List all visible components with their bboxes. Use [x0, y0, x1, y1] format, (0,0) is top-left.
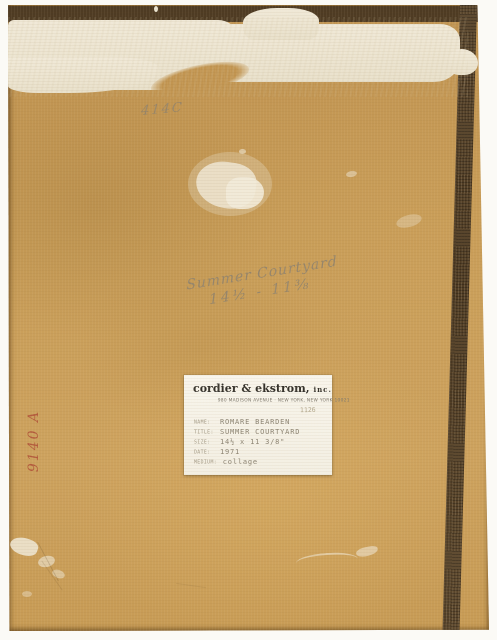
handwritten-code: 414C: [141, 100, 184, 119]
field-value: 1971: [220, 448, 240, 456]
frame-edge-right: [442, 5, 477, 640]
handwritten-title-note: Summer Courtyard 14½ - 11⅜: [186, 252, 346, 311]
photo-of-artwork-verso: 414C Summer Courtyard 14½ - 11⅜ 9140 A c…: [0, 0, 497, 640]
paint-right-tuft: [448, 49, 478, 75]
label-row-medium: MEDIUM: collage: [194, 458, 324, 468]
small-speck: [239, 149, 246, 154]
bottom-left-speck: [22, 591, 32, 597]
inventory-number-vertical: 9140 A: [26, 402, 42, 480]
gallery-name-main: cordier & ekstrom,: [193, 382, 310, 395]
white-speck: [154, 6, 158, 12]
faint-stain: [395, 212, 423, 230]
gallery-name-suffix: inc.: [313, 385, 331, 394]
paint-blob-over-edge: [243, 8, 319, 40]
field-key: MEDIUM:: [194, 460, 217, 466]
label-row-name: NAME: ROMARE BEARDEN: [194, 418, 324, 428]
small-speck: [346, 170, 358, 178]
label-ref-number: 1126: [300, 406, 316, 414]
label-row-date: DATE: 1971: [194, 448, 324, 458]
field-key: SIZE:: [194, 440, 215, 446]
label-row-size: SIZE: 14½ x 11 3/8": [194, 438, 324, 448]
field-value: SUMMER COURTYARD: [220, 428, 300, 436]
gallery-name: cordier & ekstrom, inc.: [193, 382, 323, 395]
field-value: 14½ x 11 3/8": [220, 438, 285, 446]
gallery-address: 980 MADISON AVENUE · NEW YORK, NEW YORK …: [218, 398, 299, 403]
label-fields: NAME: ROMARE BEARDEN TITLE: SUMMER COURT…: [194, 418, 324, 468]
white-squiggle-blob: [355, 545, 378, 558]
gallery-label: cordier & ekstrom, inc. 980 MADISON AVEN…: [184, 375, 332, 475]
field-key: TITLE:: [194, 430, 215, 436]
field-value: ROMARE BEARDEN: [220, 418, 290, 426]
field-value: collage: [223, 458, 258, 466]
label-row-title: TITLE: SUMMER COURTYARD: [194, 428, 324, 438]
field-key: DATE:: [194, 450, 215, 456]
scratch-mark: [176, 583, 206, 588]
white-squiggle: [296, 551, 359, 571]
cardboard-backing: 414C Summer Courtyard 14½ - 11⅜ 9140 A c…: [8, 5, 489, 631]
bottom-left-stain: [8, 534, 40, 559]
field-key: NAME:: [194, 420, 215, 426]
